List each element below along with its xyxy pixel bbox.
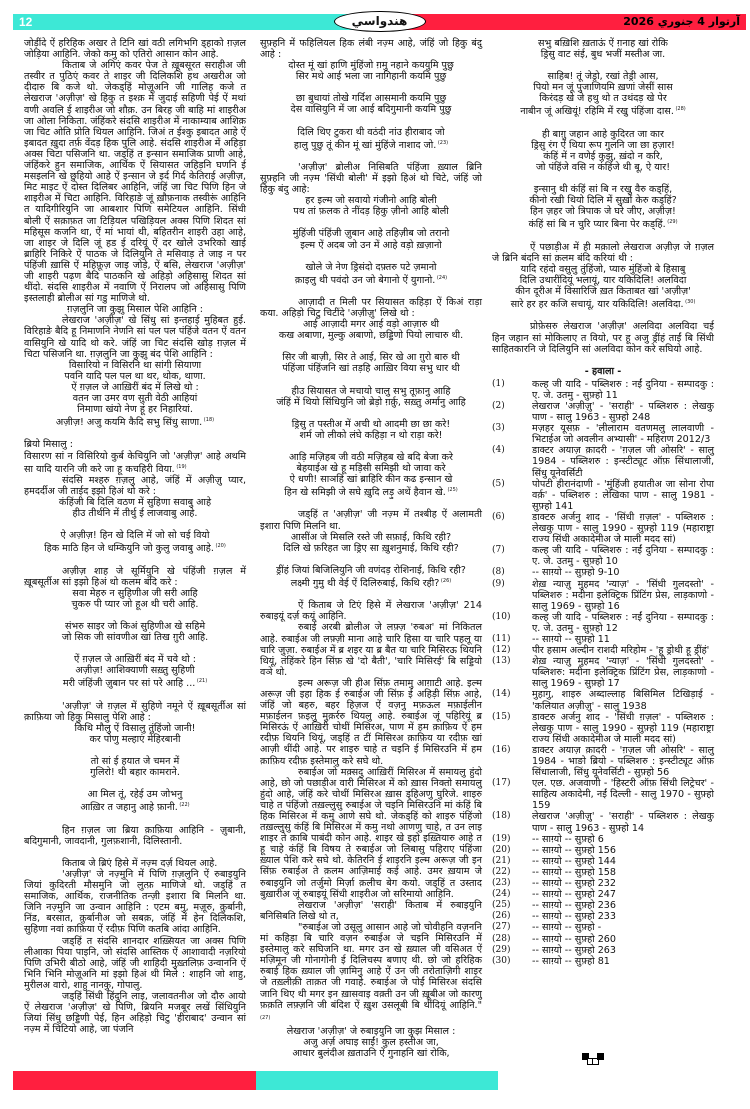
verse-line: सवा मेहरु न सुहिणीअ जी सरी आहि — [24, 588, 246, 599]
reference-number: (5) — [492, 479, 532, 512]
verse-line: ऐं ग़ज़ल जे आख़िरीं बंद में चवे थो : — [24, 654, 246, 665]
reference-text: -- साग़्यो -- सुफ़्हो 158 — [532, 867, 714, 878]
reference-item: (29)-- साग़्यो -- सुफ़्हो 263 — [492, 945, 714, 956]
reference-text: लेखराज 'अज़ीज़ु' - 'सराही' - पब्लिशरु : … — [532, 401, 714, 423]
article-column-2: सुफ़्हनि में फहिलियल हिक लंबी नज़्म आहे,… — [260, 38, 482, 1059]
paragraph: लेखराज 'अज़ीज़' खे सिंधु सां इन्तहाई मुह… — [24, 315, 246, 359]
verse-line: जंहिं में थियो सिंधियुनि जो ब्रेड़ो ग़र्… — [260, 397, 482, 408]
paragraph: जड्हिं त 'अज़ीज़' जी नज़्म में तश्बीह ऐं… — [260, 509, 482, 531]
verse-line: क़ाइलु थी पवंदो उन जो बेगानो ऐं युगानो. … — [260, 273, 482, 286]
reference-number: (12) — [492, 645, 532, 656]
paragraph: ऐं पछाड़ीअ में ही मक़ालो लेखराज अज़ीज़ ज… — [492, 242, 714, 264]
reference-text: डाक्टरु अर्जनु शाद - 'सिंधी ग़ज़ल' - पब्… — [532, 512, 714, 545]
verse-line: कंहिं में न वणेई कुझु, ख़ंदो न करि, — [492, 151, 714, 162]
reference-item: (15)डाक्टरु अर्जनु शाद - 'सिंधी ग़ज़ल' -… — [492, 712, 714, 745]
paragraph: 'अज़ीज़' जे ग़ज़ल में सुहिणे नमूने ऐं ख़… — [24, 701, 246, 723]
reference-number: (14) — [492, 689, 532, 711]
footnote-marker: (22) — [178, 802, 190, 808]
reference-item: (3)मज़हर यूसफ़ - 'लीलाराम वतणमलु लालवाणी… — [492, 423, 714, 445]
paragraph: अज़ीज़ शाह जे सूर्मियुनि खे पंहिंजी ग़ज़… — [24, 566, 246, 588]
paragraph: प्रोफ़ेसरु लेखराज 'अज़ीज़' अलविदा अलविदा… — [492, 321, 714, 354]
reference-number: (15) — [492, 712, 532, 745]
reference-item: (16)डाक्टर अयाज़ क़ादरी - 'ग़ज़ल जी ओसरि… — [492, 745, 714, 778]
paragraph: "रुबाईअ जो उसूलु आसान आहे जो चोवीहनि वज़… — [260, 922, 482, 1026]
reference-number: (11) — [492, 634, 532, 645]
paragraph: जोड़ींदे ऐं हरिहिक अखर ते टिनि खां वठी ल… — [24, 38, 246, 60]
paragraph: 'अज़ीज़' ब्रोलीअ निसिबति पंहिंजा ख़्याल … — [260, 162, 482, 195]
reference-item: (28)-- साग़्यो -- सुफ़्हो 260 — [492, 934, 714, 945]
footnote-marker: (27) — [260, 1015, 270, 1021]
footnote-marker: (23) — [436, 140, 448, 146]
footnote-marker: (30) — [684, 299, 696, 305]
footnote-marker: (21) — [195, 678, 207, 684]
verse-line: लक्ष्मी गुमु थी वेई ऐं दिलिरुबाई, किथि र… — [260, 576, 482, 589]
verse-line: सिर जी बाज़ी, सिर ते आई, सिर खे आ ग़ुरो … — [260, 352, 482, 363]
verse-line: कंहिंजी बि दिलि वठण में सुहिणा सवाबु आहे — [24, 497, 246, 508]
verse-line: सिर मथे आई भला जा नागिहानी कयमि पुछु — [260, 71, 482, 82]
footnote-marker: (26) — [439, 578, 451, 584]
reference-number: (6) — [492, 512, 532, 545]
verse-line: आई आज़ादी मगर आई वड़ो आज़ारु थी — [260, 319, 482, 330]
footnote-marker: (25) — [446, 487, 458, 493]
verse-line: संभरु साइर जो किअं सुहिणीअ खे सहिमे — [24, 621, 246, 632]
spacer — [492, 173, 714, 184]
verse-line: ड्रिसु त पस्तीअ में अची थो आदमी छा छा कर… — [260, 419, 482, 430]
reference-item: (11)-- साग़्यो -- सुफ़्हो 11 — [492, 634, 714, 645]
verse-line: पंहिंजा पंहिंजनि खां तड़हि आख़िर विया सभ… — [260, 363, 482, 374]
reference-text: कल्ह जी यादि - पब्लिशरु : नईं दुनिया - स… — [532, 545, 714, 567]
verse-line: दिलि खे फ़रिहत जा ड्रिए सा ख़ुशनुमाई, कि… — [260, 543, 482, 554]
verse-line: ड्रींहं जियां बिजिलियुनि जी वणंदड़ रोशिन… — [260, 565, 482, 576]
spacer — [492, 310, 714, 321]
verse-line: इल्म ऐं अदब जो उन में आहे वड़ो ख़ज़ानो — [260, 240, 482, 251]
spacer — [24, 643, 246, 654]
reference-text: मुहागु, शाइरु अब्दाल्लाह बिसिमिल टिखिड़ा… — [532, 689, 714, 711]
paragraph: किताब जे ब्रिएं हिसे में नज़्म दर्ज़ थिय… — [24, 858, 246, 869]
verse-line: ऐं ग़ज़ल जे आख़िरीं बंद में लिखे थो : — [24, 382, 246, 393]
reference-item: (8)-- साग़्यो -- सुफ़्हो 9-10 — [492, 567, 714, 578]
spacer — [24, 555, 246, 566]
reference-text: -- साग़्यो -- सुफ़्हो 6 — [532, 834, 714, 845]
spacer — [260, 498, 482, 509]
reference-number: (26) — [492, 911, 532, 922]
verse-line: ग़ज़लुनि जा कुझु मिसाल पेशि आहिनि : — [24, 304, 246, 315]
references-list: (1)कल्ह जी यादि - पब्लिशरु : नईं दुनिया … — [492, 379, 714, 967]
spacer — [260, 341, 482, 352]
verse-line: ड्रिसु वाट संई, बुध भजीं मस्तीअ जा. — [492, 49, 714, 60]
reference-item: (24)-- साग़्यो -- सुफ़्हो 247 — [492, 889, 714, 900]
spacer — [260, 286, 482, 297]
verse-line: कंहिं सां बि न चुरि प्यार बिना पेर कड्हि… — [492, 217, 714, 230]
paragraph: संदसि मश्हरु ग़ज़लु आहे, जंहिं में अज़ीज… — [24, 475, 246, 497]
reference-number: (10) — [492, 612, 532, 634]
end-of-article-icon — [582, 1053, 604, 1067]
spacer — [260, 554, 482, 565]
verse-line: शर्म जो लीको लंघे कहिड़ा न थो राड़ा करे! — [260, 430, 482, 441]
issue-date: آرتوار 4 جنوري 2026 — [623, 14, 740, 30]
reference-number: (2) — [492, 401, 532, 423]
verse-line: पथ तां फ़लक ते नींदड़ हिकु ज़ीनो आहि बोल… — [260, 206, 482, 217]
paragraph: रुबाई अरबी ब्रोलीअ जे लफ़्ज़ 'रुबअ' मां … — [260, 622, 482, 677]
reference-item: (10)कल्ह जी यादि - पब्लिशरु : नईं दुनिया… — [492, 612, 714, 634]
verse-line: हालु पुछु तूं कीन मूं खां मुंहिंजे नाशाद… — [260, 138, 482, 151]
reference-text: -- साग़्यो -- सुफ़्हो 263 — [532, 945, 714, 956]
reference-item: (6)डाक्टरु अर्जनु शाद - 'सिंधी ग़ज़ल' - … — [492, 512, 714, 545]
verse-line: हर इल्म जो सवायो गंजीनो आहि बोली — [260, 195, 482, 206]
reference-number: (21) — [492, 856, 532, 867]
reference-item: (4)डाक्टर अयाज़ क़ादरी - 'ग़ज़ल जी ओसरि'… — [492, 445, 714, 478]
verse-line: खोले जे नेण ड्रिसंदो दफ़्तरु पटे ज़मानो — [260, 262, 482, 273]
reference-number: (16) — [492, 745, 532, 778]
verse-line: अज़ीज़! अजु कयमि कैदि सभु सिंधु साणा. (1… — [24, 415, 246, 428]
reference-text: -- साग़्यो -- सुफ़्हो 236 — [532, 900, 714, 911]
page-number: 12 — [19, 14, 32, 30]
spacer — [260, 441, 482, 452]
verse-line: हिन खे समिझी जे सघे ख़ुदि लड़ु अथें हैवा… — [260, 485, 482, 498]
spacer — [260, 375, 482, 386]
article-column-1: जोड़ींदे ऐं हरिहिक अखर ते टिनि खां वठी ल… — [24, 38, 246, 1035]
paragraph: 'अज़ीज़' जे नज़्मुनि में पिणि ग़ज़लुनि ऐ… — [24, 869, 246, 936]
paragraph: किताब जे अगिएं कवर पेज ते ख़ूबसूरत सराही… — [24, 60, 246, 304]
spacer — [260, 116, 482, 127]
verse-line: जो सिक जी सांवणीअ खां तिख ग़ुरी आहि. — [24, 632, 246, 643]
verse-line: गुलिरो! थी बहार कामराने. — [24, 767, 246, 778]
verse-line: हिक माठि हिन जे धम्कियुनि जो कुलु जवाबु … — [24, 541, 246, 554]
reference-text: -- साग़्यो -- सुफ़्हो 11 — [532, 634, 714, 645]
reference-item: (14)मुहागु, शाइरु अब्दाल्लाह बिसिमिल टिख… — [492, 689, 714, 711]
reference-number: (25) — [492, 900, 532, 911]
footer-bar-right — [256, 1071, 499, 1090]
reference-number: (13) — [492, 656, 532, 689]
reference-text: -- साग़्यो -- सुफ़्हो 247 — [532, 889, 714, 900]
reference-number: (4) — [492, 445, 532, 478]
reference-item: (27)-- साग़्यो -- सुफ़्हो - — [492, 922, 714, 933]
paragraph: ऐं किताब जे टिएं हिसे में लेखराज 'अज़ीज़… — [260, 600, 482, 622]
reference-text: शेख़ न्याज़ु मुहमद 'न्याज़' - 'सिंधी गुल… — [532, 579, 714, 612]
spacer — [24, 610, 246, 621]
verse-line: लेखराज 'अज़ीज़' जे रुबाइयुनि जा कुझ मिसा… — [260, 1026, 482, 1037]
verse-line: यादि रहंदो वसुलु तुंहिंजो, प्यारु मुंहिं… — [492, 264, 714, 275]
verse-line: मरी जंहिंजी ज़ुबान पर सां परे आहि ... (2… — [24, 676, 246, 689]
header-bar-right: آرتوار 4 جنوري 2026 — [380, 14, 747, 30]
paragraph: लेखराज 'अज़ीज़' 'सराही' किताब में रुबाइय… — [260, 900, 482, 922]
reference-text: -- साग़्यो -- सुफ़्हो 233 — [532, 911, 714, 922]
spacer — [260, 217, 482, 228]
verse-line: छा बुधायां तोखे गर्दिश आसमानी कयमि पुछु — [260, 93, 482, 104]
verse-line: ऐ धणी! साञहिं खां ब्राहिरि कीन कढ इन्सान… — [260, 474, 482, 485]
reference-number: (17) — [492, 778, 532, 811]
verse-line: कर पोणु मल्हाएं मेहिरबानी — [24, 734, 246, 745]
reference-item: (13)शेख़ न्याज़ु मुहमद 'न्याज़' - 'सिंधी… — [492, 656, 714, 689]
reference-number: (20) — [492, 845, 532, 856]
spacer — [24, 690, 246, 701]
verse-line: आधार बुलंदीअ ख़ताउनि ऐं गुनाहनि खां रोकि… — [260, 1048, 482, 1059]
verse-line: कख अबाणा, मुल्कु अबाणो, छड्डिणो पियो लाच… — [260, 330, 482, 341]
reference-text: कल्ह जी यादि - पब्लिशरु : नईं दुनिया - स… — [532, 612, 714, 634]
spacer — [492, 231, 714, 242]
paragraph: रुबाईअ जो मक़्सदु आख़िरीं मिसिरअ में समा… — [260, 767, 482, 900]
verse-line: सभु बख़िशि ख़ताऊं ऐं ग़नाह खां रोकि — [492, 38, 714, 49]
verse-line: दिलि उथारींदियूं भलायूं, यार यकिदिलि! अल… — [492, 275, 714, 286]
paragraph: आज़ादी त मिली पर सियासत कहिड़ा ऐं किअं र… — [260, 297, 482, 319]
verse-line: आसींअ जे मिसलि रस्ते जी सफ़ाई, किथि रही? — [260, 532, 482, 543]
verse-line: दोस्त मूं खां हाणि मुंहिंजो ग़मु नहाने क… — [260, 60, 482, 71]
spacer — [260, 251, 482, 262]
footnote-marker: (19) — [175, 464, 187, 470]
verse-line: चुकरु पी प्यार जो हूअ थी चरी आहि. — [24, 599, 246, 610]
reference-number: (3) — [492, 423, 532, 445]
reference-item: (17)एल. एछ. अजवाणी - 'हिस्टरी ऑफ़ सिंधी … — [492, 778, 714, 811]
verse-line: मुंहिंजी पंहिंजी ज़ुबान आहे तहिज़ीब जो त… — [260, 228, 482, 239]
footnote-marker: (18) — [202, 417, 214, 423]
paragraph: हिन ग़ज़ल जा ब्रिया क़ाफ़िया आहिनि - ज़ु… — [24, 825, 246, 847]
footer-bar-left — [13, 1071, 256, 1090]
spacer — [24, 519, 246, 530]
reference-number: (9) — [492, 579, 532, 612]
verse-line: बेहयाईअ खे हू मड़िसी समिझी थो जावा करे — [260, 463, 482, 474]
verse-line: इन्सानु थी कंहिं सां बि न रखु वैरु कड्हि… — [492, 184, 714, 195]
reference-item: (30)-- साग़्यो -- सुफ़्हो 81 — [492, 956, 714, 967]
reference-number: (8) — [492, 567, 532, 578]
verse-line: हीउ सियासत जे मचायो चालु सभु तूफ़ानु आहि — [260, 386, 482, 397]
reference-text: पोपटी हीरानंदाणी - 'मुंहिंजी हयातीअ जा स… — [532, 479, 714, 512]
reference-text: -- साग़्यो -- सुफ़्हो 156 — [532, 845, 714, 856]
reference-text: एल. एछ. अजवाणी - 'हिस्टरी ऑफ़ सिंधी लिट्… — [532, 778, 714, 811]
verse-line: विसारियो न विसिरनि था सांगी सियाणा — [24, 360, 246, 371]
reference-item: (9)शेख़ न्याज़ु मुहमद 'न्याज़' - 'सिंधी … — [492, 579, 714, 612]
verse-line: पियो मन जूं पुजाणियमि ख़णां जेसीं सास — [492, 82, 714, 93]
reference-item: (20)-- साग़्यो -- सुफ़्हो 156 — [492, 845, 714, 856]
verse-line: किरंदड़ खे जे हथु थो त उथंदड़ खे पेर — [492, 93, 714, 104]
spacer — [260, 589, 482, 600]
reference-item: (2)लेखराज 'अज़ीज़ु' - 'सराही' - पब्लिशरु… — [492, 401, 714, 423]
reference-text: -- साग़्यो -- सुफ़्हो 9-10 — [532, 567, 714, 578]
article-column-3: सभु बख़िशि ख़ताऊं ऐं ग़नाह खां रोकिड्रिस… — [492, 38, 714, 967]
reference-text: मज़हर यूसफ़ - 'लीलाराम वतणमलु लालवाणी - … — [532, 423, 714, 445]
spacer — [260, 151, 482, 162]
reference-number: (29) — [492, 945, 532, 956]
verse-line: ही बाग़ु जहान आहे कुदिरत जा कार — [492, 129, 714, 140]
reference-text: पीर हसाम अल्दीन राशदी मरिहोम - 'हू ड्रोथ… — [532, 645, 714, 656]
header-bar-left: 12 — [13, 14, 380, 30]
reference-text: -- साग़्यो -- सुफ़्हो 232 — [532, 878, 714, 889]
paragraph: जड्हिं त संदसि शानदार शख़्सियत जा अक्स प… — [24, 936, 246, 991]
reference-item: (21)-- साग़्यो -- सुफ़्हो 144 — [492, 856, 714, 867]
spacer — [492, 60, 714, 71]
reference-text: डाक्टर अयाज़ क़ादरी - 'ग़ज़ल जी ओसरि' - … — [532, 445, 714, 478]
reference-item: (23)-- साग़्यो -- सुफ़्हो 232 — [492, 878, 714, 889]
verse-line: हिन ज़हर जो त्रिपाक जे घरे जीए, अज़ीज़! — [492, 206, 714, 217]
reference-item: (25)-- साग़्यो -- सुफ़्हो 236 — [492, 900, 714, 911]
spacer — [24, 745, 246, 756]
footnote-marker: (29) — [666, 219, 678, 225]
verse-line: अज़ीज़! आशिक्याणी सख़्तु सुहिणी — [24, 665, 246, 676]
reference-number: (7) — [492, 545, 532, 567]
reference-text: लेखराज 'अज़ीज़ु' - 'सराही' - पब्लिशरु : … — [532, 811, 714, 833]
verse-line: आड़ि मज़िहब जी वठी मज़िहब खे बदि बेजा कर… — [260, 452, 482, 463]
newspaper-logo: هندواسي — [334, 11, 426, 32]
reference-item: (1)कल्ह जी यादि - पब्लिशरु : नईं दुनिया … — [492, 379, 714, 401]
verse-line: कीनो रखी थियो दिलि में सुख़ों केरु कड्हि… — [492, 195, 714, 206]
reference-item: (5)पोपटी हीरानंदाणी - 'मुंहिंजी हयातीअ ज… — [492, 479, 714, 512]
reference-number: (19) — [492, 834, 532, 845]
spacer — [260, 408, 482, 419]
paragraph: विसारण सां न विसिरियो कुर्ब केचियुनि जो … — [24, 451, 246, 475]
spacer — [24, 778, 246, 789]
verse-line: नाबीन जूं अखियूं! रहिमि में रखु पंहिंजा … — [492, 104, 714, 117]
footnote-marker: (28) — [674, 106, 686, 112]
verse-line: तो सां ई हयात जे चमन में — [24, 756, 246, 767]
reference-text: कल्ह जी यादि - पब्लिशरु : नईं दुनिया - स… — [532, 379, 714, 401]
reference-number: (30) — [492, 956, 532, 967]
reference-number: (18) — [492, 811, 532, 833]
reference-text: शेख़ न्याज़ु मुहमद 'न्याज़' - 'सिंधी गुल… — [532, 656, 714, 689]
footnote-marker: (24) — [435, 275, 447, 281]
reference-item: (26)-- साग़्यो -- सुफ़्हो 233 — [492, 911, 714, 922]
paragraph: सुफ़्हनि में फहिलियल हिक लंबी नज़्म आहे,… — [260, 38, 482, 60]
footnote-marker: (20) — [214, 543, 226, 549]
verse-line: दिलि थिए टुकरा थी वठंदी नांउ हीराबाद जो — [260, 127, 482, 138]
verse-line: ऐ अज़ीज़! हिन खे दिलि में जो सो चई वियो — [24, 530, 246, 541]
verse-line: साहिब! तूं जेड्रो, रखां तेड्री आस, — [492, 71, 714, 82]
verse-line: आ मिल तूं, रहेई उम जोभनु — [24, 789, 246, 800]
reference-text: -- साग़्यो -- सुफ़्हो - — [532, 922, 714, 933]
paragraph: जड्हिं सिंधी हिंदुनि लाइ, जलावतनीअ जो दौ… — [24, 991, 246, 1035]
paragraph: इल्म अरूज़ जी हीअ सिंफ़ तमामु आग़ाटी आहे… — [260, 678, 482, 767]
reference-item: (19)-- साग़्यो -- सुफ़्हो 6 — [492, 834, 714, 845]
verse-line: वतन जा उमर वण सुती वेठी आहियां — [24, 393, 246, 404]
reference-text: -- साग़्यो -- सुफ़्हो 144 — [532, 856, 714, 867]
verse-line: हीउ तीर्थनि में तीर्थु ई लाजवाबु आहे. — [24, 508, 246, 519]
verse-line: आख़िर त जहानु आहे फ़ानी. (22) — [24, 800, 246, 813]
reference-item: (22)-- साग़्यो -- सुफ़्हो 158 — [492, 867, 714, 878]
spacer — [24, 428, 246, 439]
verse-line: पवनि यादि पल पल था थर, थोक, थाणा. — [24, 371, 246, 382]
reference-item: (18)लेखराज 'अज़ीज़ु' - 'सराही' - पब्लिशर… — [492, 811, 714, 833]
spacer — [492, 118, 714, 129]
references-heading: - हवाला - — [492, 366, 714, 377]
spacer — [260, 82, 482, 93]
verse-line: कीन दूरीअ में विसारिजि ख़त किताबत खां 'अ… — [492, 286, 714, 297]
reference-text: -- साग़्यो -- सुफ़्हो 81 — [532, 956, 714, 967]
paragraph: ब्रियो मिसालु : — [24, 439, 246, 450]
reference-item: (7)कल्ह जी यादि - पब्लिशरु : नईं दुनिया … — [492, 545, 714, 567]
reference-number: (27) — [492, 922, 532, 933]
verse-line: अजु अर्ज़ अघाइ साईं! कुल हस्तीअ जा, — [260, 1037, 482, 1048]
verse-line: किथि मौलु ऐं विसालु तुंहिंजो जानी! — [24, 723, 246, 734]
reference-text: डाक्टर अयाज़ क़ादरी - 'ग़ज़ल जी ओसरि' - … — [532, 745, 714, 778]
reference-number: (1) — [492, 379, 532, 401]
verse-line: सारे हर हर कजि सचायूं, यार यकिदिलि! अलवि… — [492, 297, 714, 310]
verse-line: देस वासियुनि में जा आई बदिगुमानी कयमि पु… — [260, 104, 482, 115]
spacer — [24, 847, 246, 858]
reference-text: डाक्टरु अर्जनु शाद - 'सिंधी ग़ज़ल' - पब्… — [532, 712, 714, 745]
page-header: 12 آرتوار 4 جنوري 2026 هندواسي — [13, 14, 746, 30]
reference-number: (24) — [492, 889, 532, 900]
reference-item: (12)पीर हसाम अल्दीन राशदी मरिहोम - 'हू ड… — [492, 645, 714, 656]
verse-line: जो पंहिंजे वसि न कंहिंजे थी बू, ऐ यार! — [492, 162, 714, 173]
reference-text: -- साग़्यो -- सुफ़्हो 260 — [532, 934, 714, 945]
verse-line: ड्रिसु रंग ऐं थिया रूप गुलनि जा छा हज़ार… — [492, 140, 714, 151]
reference-number: (23) — [492, 878, 532, 889]
reference-number: (28) — [492, 934, 532, 945]
spacer — [24, 814, 246, 825]
verse-line: निमाणा खंयो नेण हूं हर निहारियां. — [24, 404, 246, 415]
page-footer — [13, 1071, 498, 1090]
reference-number: (22) — [492, 867, 532, 878]
article-conclusion: सभु बख़िशि ख़ताऊं ऐं ग़नाह खां रोकिड्रिस… — [492, 38, 714, 355]
